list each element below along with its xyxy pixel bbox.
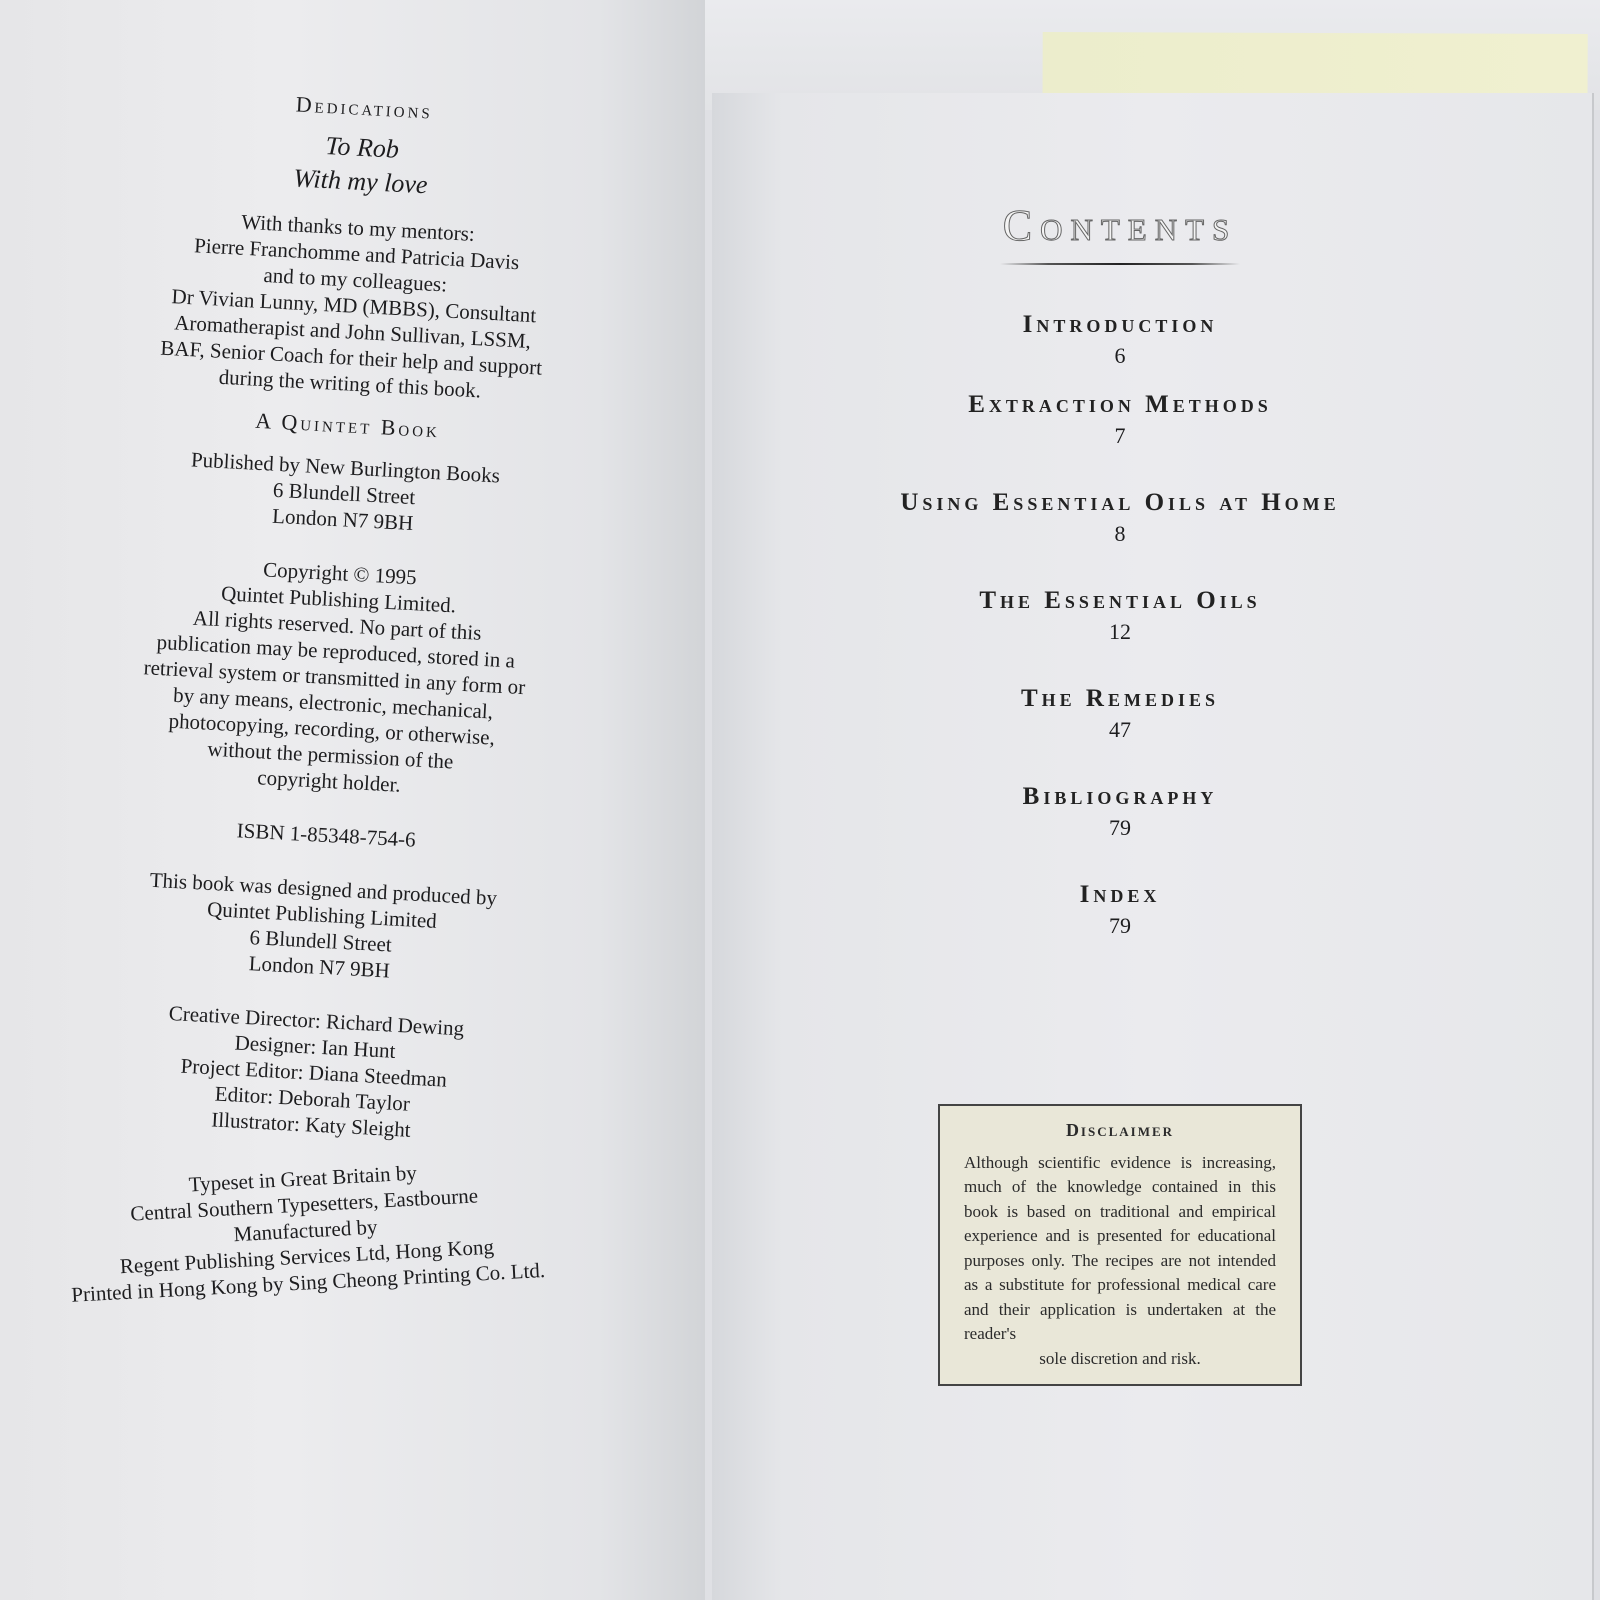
toc-entry-page: 47 xyxy=(820,717,1420,743)
toc-entry-title: Using Essential Oils at Home xyxy=(820,489,1420,517)
printing-block: Typeset in Great Britain by Central Sout… xyxy=(42,1152,568,1309)
toc-entry: The Remedies 47 xyxy=(820,685,1420,743)
thanks-block: With thanks to my mentors: Pierre Franch… xyxy=(90,201,619,410)
contents-title: Contents xyxy=(820,200,1420,251)
isbn: ISBN 1-85348-754-6 xyxy=(66,808,587,861)
disclaimer-box: Disclaimer Although scientific evidence … xyxy=(938,1104,1302,1386)
toc-entry-title: The Remedies xyxy=(820,685,1420,713)
publisher-block: Published by New Burlington Books 6 Blun… xyxy=(82,441,605,546)
disclaimer-body: Although scientific evidence is increasi… xyxy=(964,1151,1276,1347)
toc-entry-title: Extraction Methods xyxy=(820,391,1420,419)
disclaimer-last-line: sole discretion and risk. xyxy=(964,1347,1276,1372)
toc-entry-page: 79 xyxy=(820,815,1420,841)
disclaimer-heading: Disclaimer xyxy=(964,1118,1276,1143)
toc-entry: The Essential Oils 12 xyxy=(820,587,1420,645)
toc-entry-page: 7 xyxy=(820,423,1420,449)
toc-entry-title: Introduction xyxy=(820,311,1420,339)
toc-entry: Using Essential Oils at Home 8 xyxy=(820,489,1420,547)
toc-entry-page: 79 xyxy=(820,913,1420,939)
toc-entry-page: 8 xyxy=(820,521,1420,547)
copyright-page-text: Dedications To Rob With my love With tha… xyxy=(42,81,624,1309)
toc-entry: Introduction 6 xyxy=(820,311,1420,369)
toc-entry-page: 6 xyxy=(820,343,1420,369)
toc-entry-page: 12 xyxy=(820,619,1420,645)
credits-block: Creative Director: Richard Dewing Design… xyxy=(51,994,577,1151)
toc-entry-title: Bibliography xyxy=(820,783,1420,811)
toc-entry: Index 79 xyxy=(820,881,1420,939)
toc-entry: Bibliography 79 xyxy=(820,783,1420,841)
contents-page: Contents Introduction 6 Extraction Metho… xyxy=(820,190,1420,961)
decorative-rule xyxy=(1000,263,1240,265)
toc-entry-title: Index xyxy=(820,881,1420,909)
toc-entry: Extraction Methods 7 xyxy=(820,391,1420,449)
producer-block: This book was designed and produced by Q… xyxy=(59,862,584,993)
toc-entry-title: The Essential Oils xyxy=(820,587,1420,615)
copyright-block: Copyright © 1995 Quintet Publishing Limi… xyxy=(69,547,601,808)
